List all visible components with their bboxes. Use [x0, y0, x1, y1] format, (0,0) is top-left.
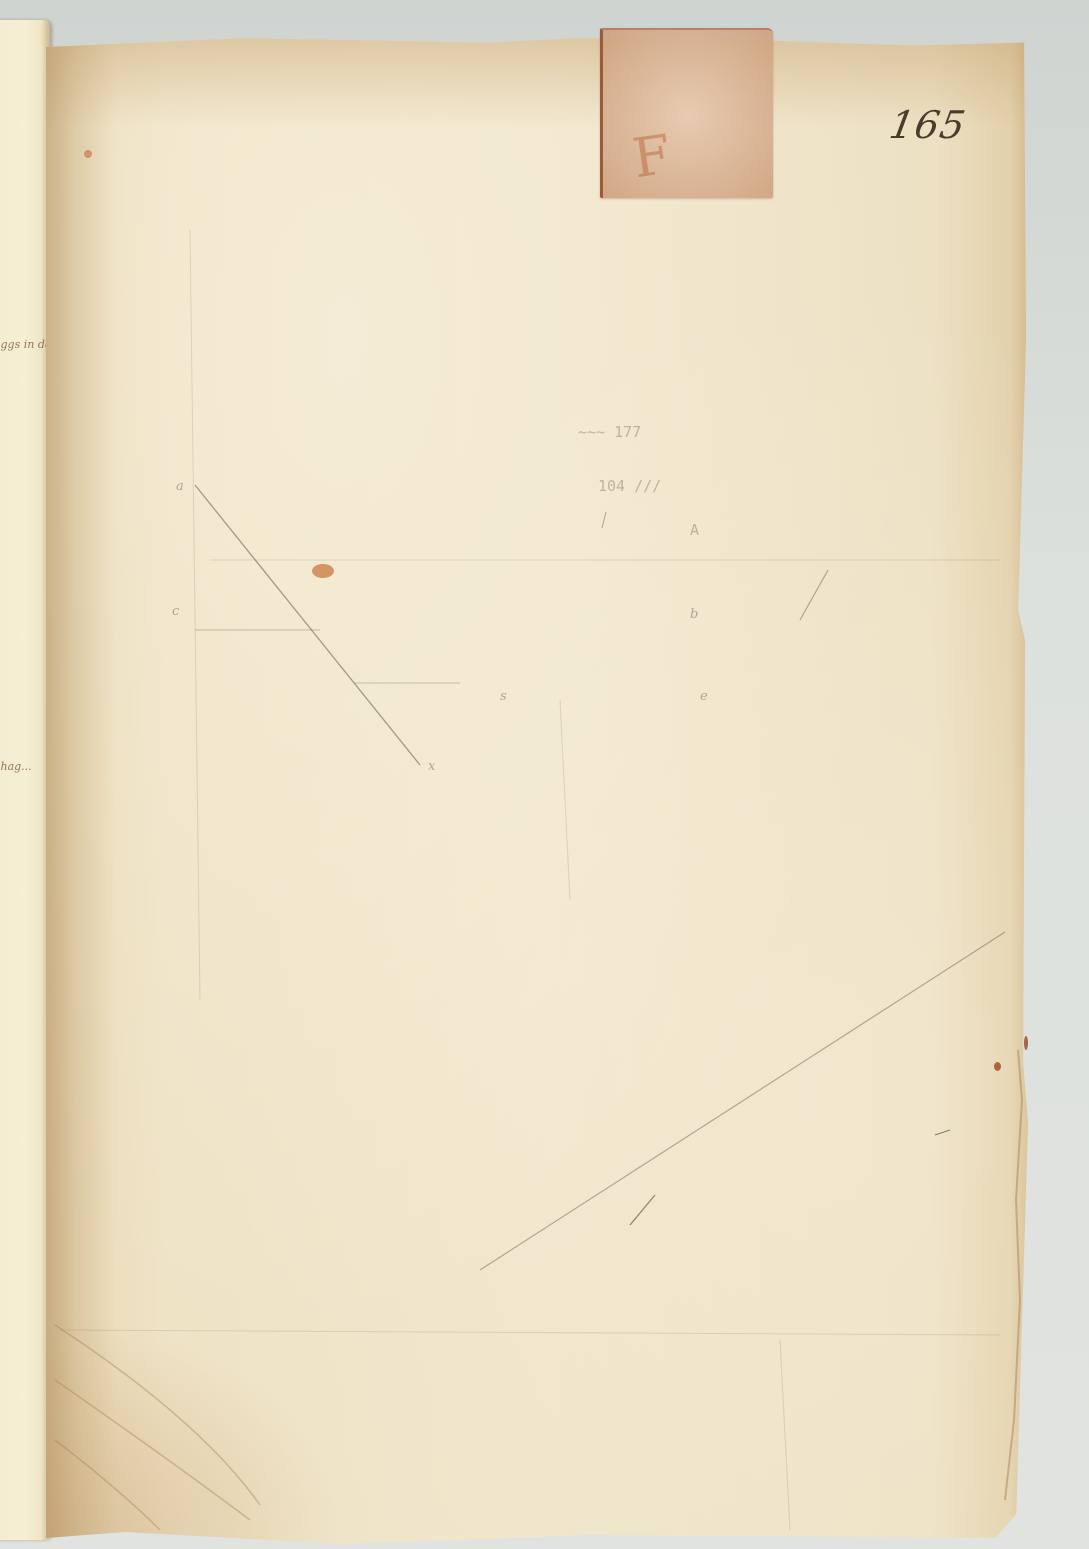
rust-stain: [84, 150, 92, 158]
rust-stain: [312, 564, 334, 578]
rust-stain: [994, 1062, 1001, 1071]
diagram-label: x: [428, 759, 436, 774]
pencil-diagram: a c s b e x: [0, 0, 1089, 1549]
paper-tab: F: [600, 28, 773, 198]
tab-mark: F: [629, 123, 675, 191]
diagram-label: e: [700, 689, 708, 704]
folio-number: 165: [886, 103, 969, 147]
diagram-label: c: [172, 604, 180, 619]
pencil-note: 104 ///: [598, 474, 661, 498]
diagram-label: s: [500, 689, 507, 704]
diagram-label: b: [690, 607, 698, 622]
diagram-label: a: [176, 479, 184, 494]
pencil-note: A: [690, 518, 699, 542]
pencil-note: ~~~ 177: [578, 420, 641, 444]
rust-stain: [1024, 1036, 1028, 1050]
